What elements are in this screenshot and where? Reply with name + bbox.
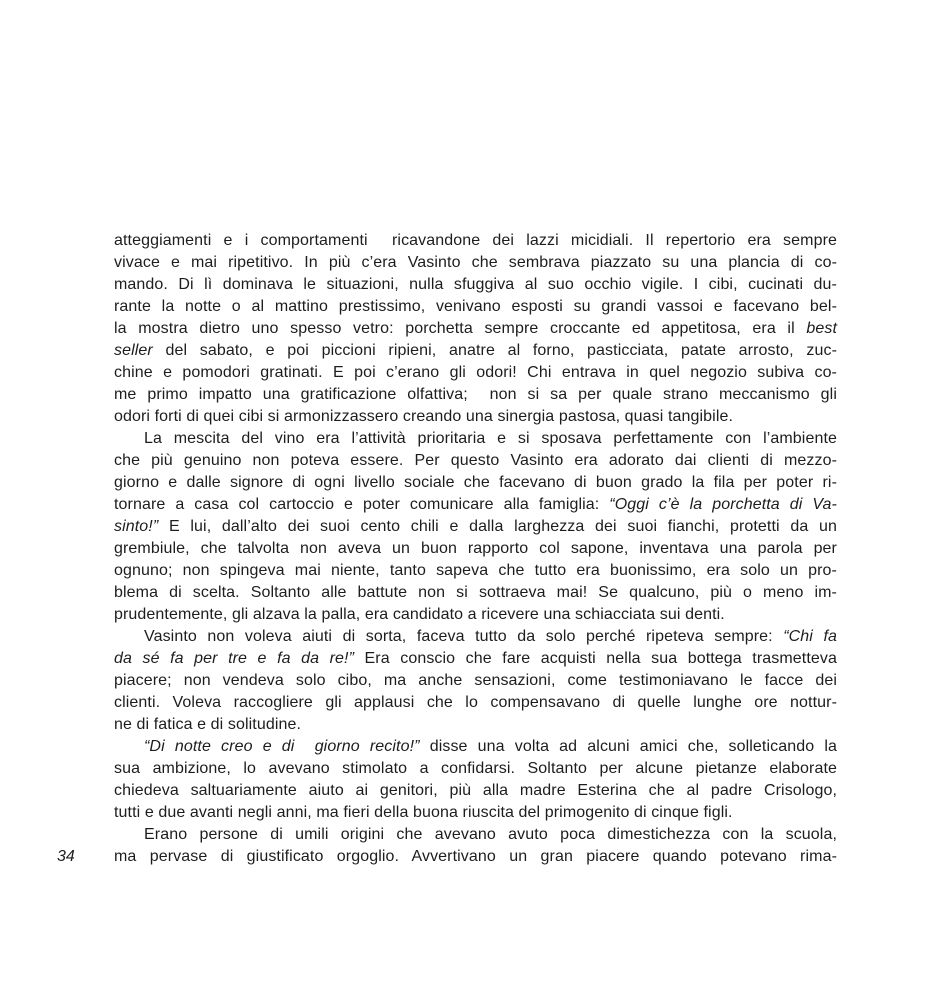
text-line: “Di notte creo e di giorno recito!” diss… [114, 736, 837, 758]
text-line: blema di scelta. Soltanto alle battute n… [114, 582, 837, 604]
text-run: ma pervase di giustificato orgoglio. Avv… [114, 848, 837, 865]
text-line: tornare a casa col cartoccio e poter com… [114, 494, 837, 516]
text-line: tutti e due avanti negli anni, ma fieri … [114, 802, 837, 824]
text-run: mando. Di lì dominava le situazioni, nul… [114, 276, 837, 293]
text-run: che più genuino non poteva essere. Per q… [114, 452, 837, 469]
text-run: disse una volta ad alcuni amici che, sol… [420, 738, 837, 755]
text-run: blema di scelta. Soltanto alle battute n… [114, 584, 837, 601]
text-line: me primo impatto una gratificazione olfa… [114, 384, 837, 406]
text-run: La mescita del vino era l’attività prior… [144, 430, 837, 447]
text-run: odori forti di quei cibi si armonizzasse… [114, 408, 733, 425]
text-run: giorno e dalle signore di ogni livello s… [114, 474, 837, 491]
text-run: del sabato, e poi piccioni ripieni, anat… [153, 342, 837, 359]
text-run: clienti. Voleva raccogliere gli applausi… [114, 694, 837, 711]
text-run: Erano persone di umili origini che aveva… [144, 826, 837, 843]
text-line: da sé fa per tre e fa da re!” Era consci… [114, 648, 837, 670]
text-line: chine e pomodori gratinati. E poi c’eran… [114, 362, 837, 384]
text-line: Vasinto non voleva aiuti di sorta, facev… [114, 626, 837, 648]
text-line: la mostra dietro uno spesso vetro: porch… [114, 318, 837, 340]
book-page: atteggiamenti e i comportamenti ricavand… [0, 0, 942, 1000]
italic-text-run: best [806, 320, 837, 337]
text-run: tornare a casa col cartoccio e poter com… [114, 496, 609, 513]
text-run: atteggiamenti e i comportamenti ricavand… [114, 232, 837, 249]
text-run: grembiule, che talvolta non aveva un buo… [114, 540, 837, 557]
text-run: Vasinto non voleva aiuti di sorta, facev… [144, 628, 783, 645]
text-line: vivace e mai ripetitivo. In più c’era Va… [114, 252, 837, 274]
italic-text-run: da sé fa per tre e fa da re!” [114, 650, 354, 667]
text-line: seller del sabato, e poi piccioni ripien… [114, 340, 837, 362]
text-line: atteggiamenti e i comportamenti ricavand… [114, 230, 837, 252]
text-run: Era conscio che fare acquisti nella sua … [354, 650, 837, 667]
text-line: grembiule, che talvolta non aveva un buo… [114, 538, 837, 560]
text-line: clienti. Voleva raccogliere gli applausi… [114, 692, 837, 714]
text-line: rante la notte o al mattino prestissimo,… [114, 296, 837, 318]
body-text: atteggiamenti e i comportamenti ricavand… [114, 230, 837, 868]
italic-text-run: sinto!” [114, 518, 158, 535]
text-line: mando. Di lì dominava le situazioni, nul… [114, 274, 837, 296]
text-run: rante la notte o al mattino prestissimo,… [114, 298, 837, 315]
text-line: che più genuino non poteva essere. Per q… [114, 450, 837, 472]
text-run: me primo impatto una gratificazione olfa… [114, 386, 837, 403]
text-run: ognuno; non spingeva mai niente, tanto s… [114, 562, 837, 579]
text-line: sinto!” E lui, dall’alto dei suoi cento … [114, 516, 837, 538]
italic-text-run: “Oggi c’è la porchetta di Va- [609, 496, 837, 513]
text-line: ma pervase di giustificato orgoglio. Avv… [114, 846, 837, 868]
text-run: piacere; non vendeva solo cibo, ma anche… [114, 672, 837, 689]
text-run: tutti e due avanti negli anni, ma fieri … [114, 804, 733, 821]
italic-text-run: “Chi fa [783, 628, 837, 645]
text-line: Erano persone di umili origini che aveva… [114, 824, 837, 846]
text-run: chiedeva saltuariamente aiuto ai genitor… [114, 782, 837, 799]
text-run: E lui, dall’alto dei suoi cento chili e … [158, 518, 837, 535]
text-line: chiedeva saltuariamente aiuto ai genitor… [114, 780, 837, 802]
text-line: giorno e dalle signore di ogni livello s… [114, 472, 837, 494]
text-line: ne di fatica e di solitudine. [114, 714, 837, 736]
text-line: ognuno; non spingeva mai niente, tanto s… [114, 560, 837, 582]
page-number: 34 [57, 846, 75, 868]
text-run: vivace e mai ripetitivo. In più c’era Va… [114, 254, 837, 271]
text-run: ne di fatica e di solitudine. [114, 716, 301, 733]
text-run: la mostra dietro uno spesso vetro: porch… [114, 320, 806, 337]
text-line: La mescita del vino era l’attività prior… [114, 428, 837, 450]
text-line: odori forti di quei cibi si armonizzasse… [114, 406, 837, 428]
text-line: piacere; non vendeva solo cibo, ma anche… [114, 670, 837, 692]
italic-text-run: seller [114, 342, 153, 359]
text-run: chine e pomodori gratinati. E poi c’eran… [114, 364, 837, 381]
text-run: prudentemente, gli alzava la palla, era … [114, 606, 725, 623]
text-line: sua ambizione, lo avevano stimolato a co… [114, 758, 837, 780]
text-run: sua ambizione, lo avevano stimolato a co… [114, 760, 837, 777]
italic-text-run: “Di notte creo e di giorno recito!” [144, 738, 420, 755]
text-line: prudentemente, gli alzava la palla, era … [114, 604, 837, 626]
